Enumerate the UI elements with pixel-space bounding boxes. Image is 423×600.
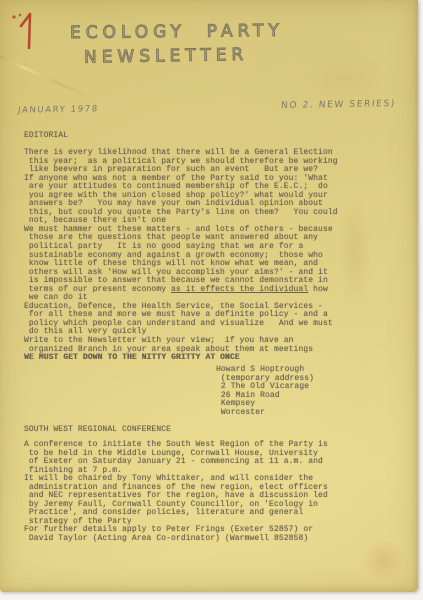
masthead-title-line1: ECOLOGY PARTY bbox=[70, 19, 284, 45]
paper-stain bbox=[338, 190, 372, 310]
editorial-body-part1: There is every likelihood that there wil… bbox=[24, 148, 338, 294]
editorial-heading: EDITORIAL bbox=[24, 132, 68, 141]
editorial-closing-line: WE MUST GET DOWN TO THE NITTY GRITTY AT … bbox=[24, 353, 240, 362]
handwritten-date: JANUARY 1978 bbox=[17, 104, 99, 115]
paper-stain bbox=[360, 540, 406, 580]
scanned-newsletter-page: { "colors": { "paper": "#e1d186", "typew… bbox=[0, 0, 423, 600]
editorial-underlined-phrase: as it effects the individual bbox=[171, 285, 308, 294]
red-page-number-mark bbox=[8, 8, 48, 56]
masthead-title-line2: NEWSLETTER bbox=[84, 42, 284, 69]
paper-stain bbox=[300, 55, 390, 105]
paper-sheet: ECOLOGY PARTY NEWSLETTER JANUARY 1978 NO… bbox=[0, 0, 418, 592]
editorial-body: There is every likelihood that there wil… bbox=[24, 149, 338, 363]
editorial-body-part2: how we can do it Education, Defence, the… bbox=[24, 285, 333, 354]
masthead: ECOLOGY PARTY NEWSLETTER bbox=[70, 20, 284, 68]
handwritten-issue-number: NO 2. NEW SERIES) bbox=[280, 99, 396, 111]
editor-signature-block: Howard S Hoptrough (temporary address) 2… bbox=[216, 366, 314, 417]
conference-body: A conference to initiate the South West … bbox=[24, 441, 328, 544]
conference-heading: SOUTH WEST REGIONAL CONFERENCE bbox=[24, 426, 171, 435]
